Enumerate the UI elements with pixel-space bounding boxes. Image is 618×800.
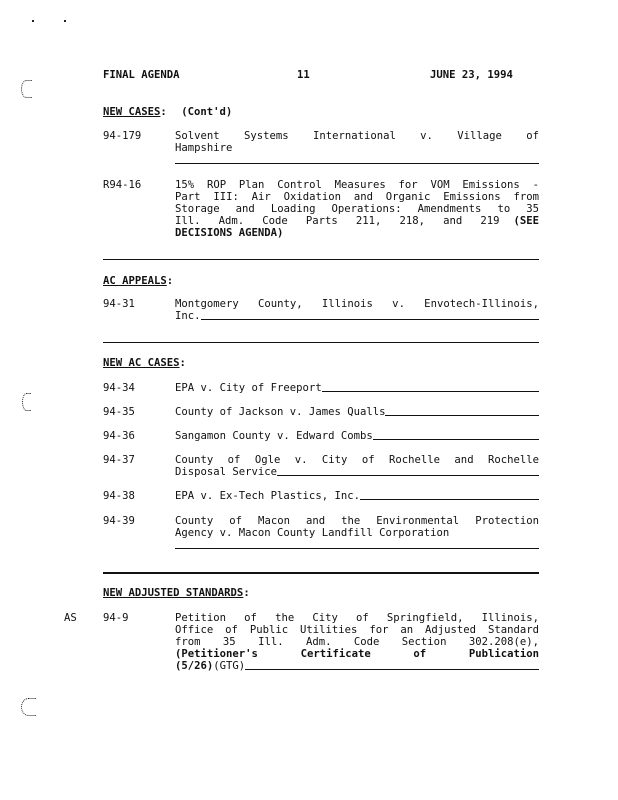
punch-hole-mark: [21, 698, 36, 716]
fill-line: [373, 430, 539, 440]
scan-speck: [32, 20, 34, 22]
continued-label: (Cont'd): [181, 106, 232, 118]
fill-line: [201, 310, 539, 320]
section-heading-new-adjusted-standards: NEW ADJUSTED STANDARDS:: [103, 587, 250, 599]
case-title: County of Ogle v. City of Rochelle and R…: [175, 454, 539, 478]
section-divider: [103, 259, 539, 260]
separator-line: [175, 163, 539, 164]
punch-hole-mark: [21, 80, 32, 98]
case-title: Petition of the City of Springfield, Ill…: [175, 612, 539, 672]
case-title: 15% ROP Plan Control Measures for VOM Em…: [175, 179, 539, 239]
section-heading-ac-appeals: AC APPEALS:: [103, 275, 173, 287]
case-title: Sangamon County v. Edward Combs: [175, 430, 539, 442]
scan-speck: [64, 20, 66, 22]
case-number: 94-35: [103, 406, 135, 418]
section-heading-new-cases: NEW CASES: (Cont'd): [103, 106, 232, 118]
agenda-title: FINAL AGENDA: [103, 69, 180, 81]
docket-prefix: AS: [64, 612, 77, 624]
case-number: 94-31: [103, 298, 135, 310]
case-number: 94-38: [103, 490, 135, 502]
case-title: Montgomery County, Illinois v. Envotech-…: [175, 298, 539, 322]
section-divider: [103, 342, 539, 343]
case-number: 94-37: [103, 454, 135, 466]
punch-hole-mark: [22, 393, 31, 411]
fill-line: [277, 466, 539, 476]
case-title: County of Jackson v. James Qualls: [175, 406, 539, 418]
fill-line: [360, 490, 539, 500]
fill-line: [385, 406, 539, 416]
section-divider: [103, 572, 539, 574]
separator-line: [175, 548, 539, 549]
case-number: R94-16: [103, 179, 141, 191]
agenda-date: JUNE 23, 1994: [430, 69, 513, 81]
page-number: 11: [297, 69, 310, 81]
case-number: 94-9: [103, 612, 129, 624]
case-title: EPA v. Ex-Tech Plastics, Inc.: [175, 490, 539, 502]
case-number: 94-36: [103, 430, 135, 442]
case-title: Solvent Systems International v. Village…: [175, 130, 539, 154]
case-title: County of Macon and the Environmental Pr…: [175, 515, 539, 539]
fill-line: [245, 660, 539, 670]
case-number: 94-39: [103, 515, 135, 527]
fill-line: [322, 382, 539, 392]
case-number: 94-34: [103, 382, 135, 394]
case-title: EPA v. City of Freeport: [175, 382, 539, 394]
section-heading-new-ac-cases: NEW AC CASES:: [103, 357, 186, 369]
case-number: 94-179: [103, 130, 141, 142]
